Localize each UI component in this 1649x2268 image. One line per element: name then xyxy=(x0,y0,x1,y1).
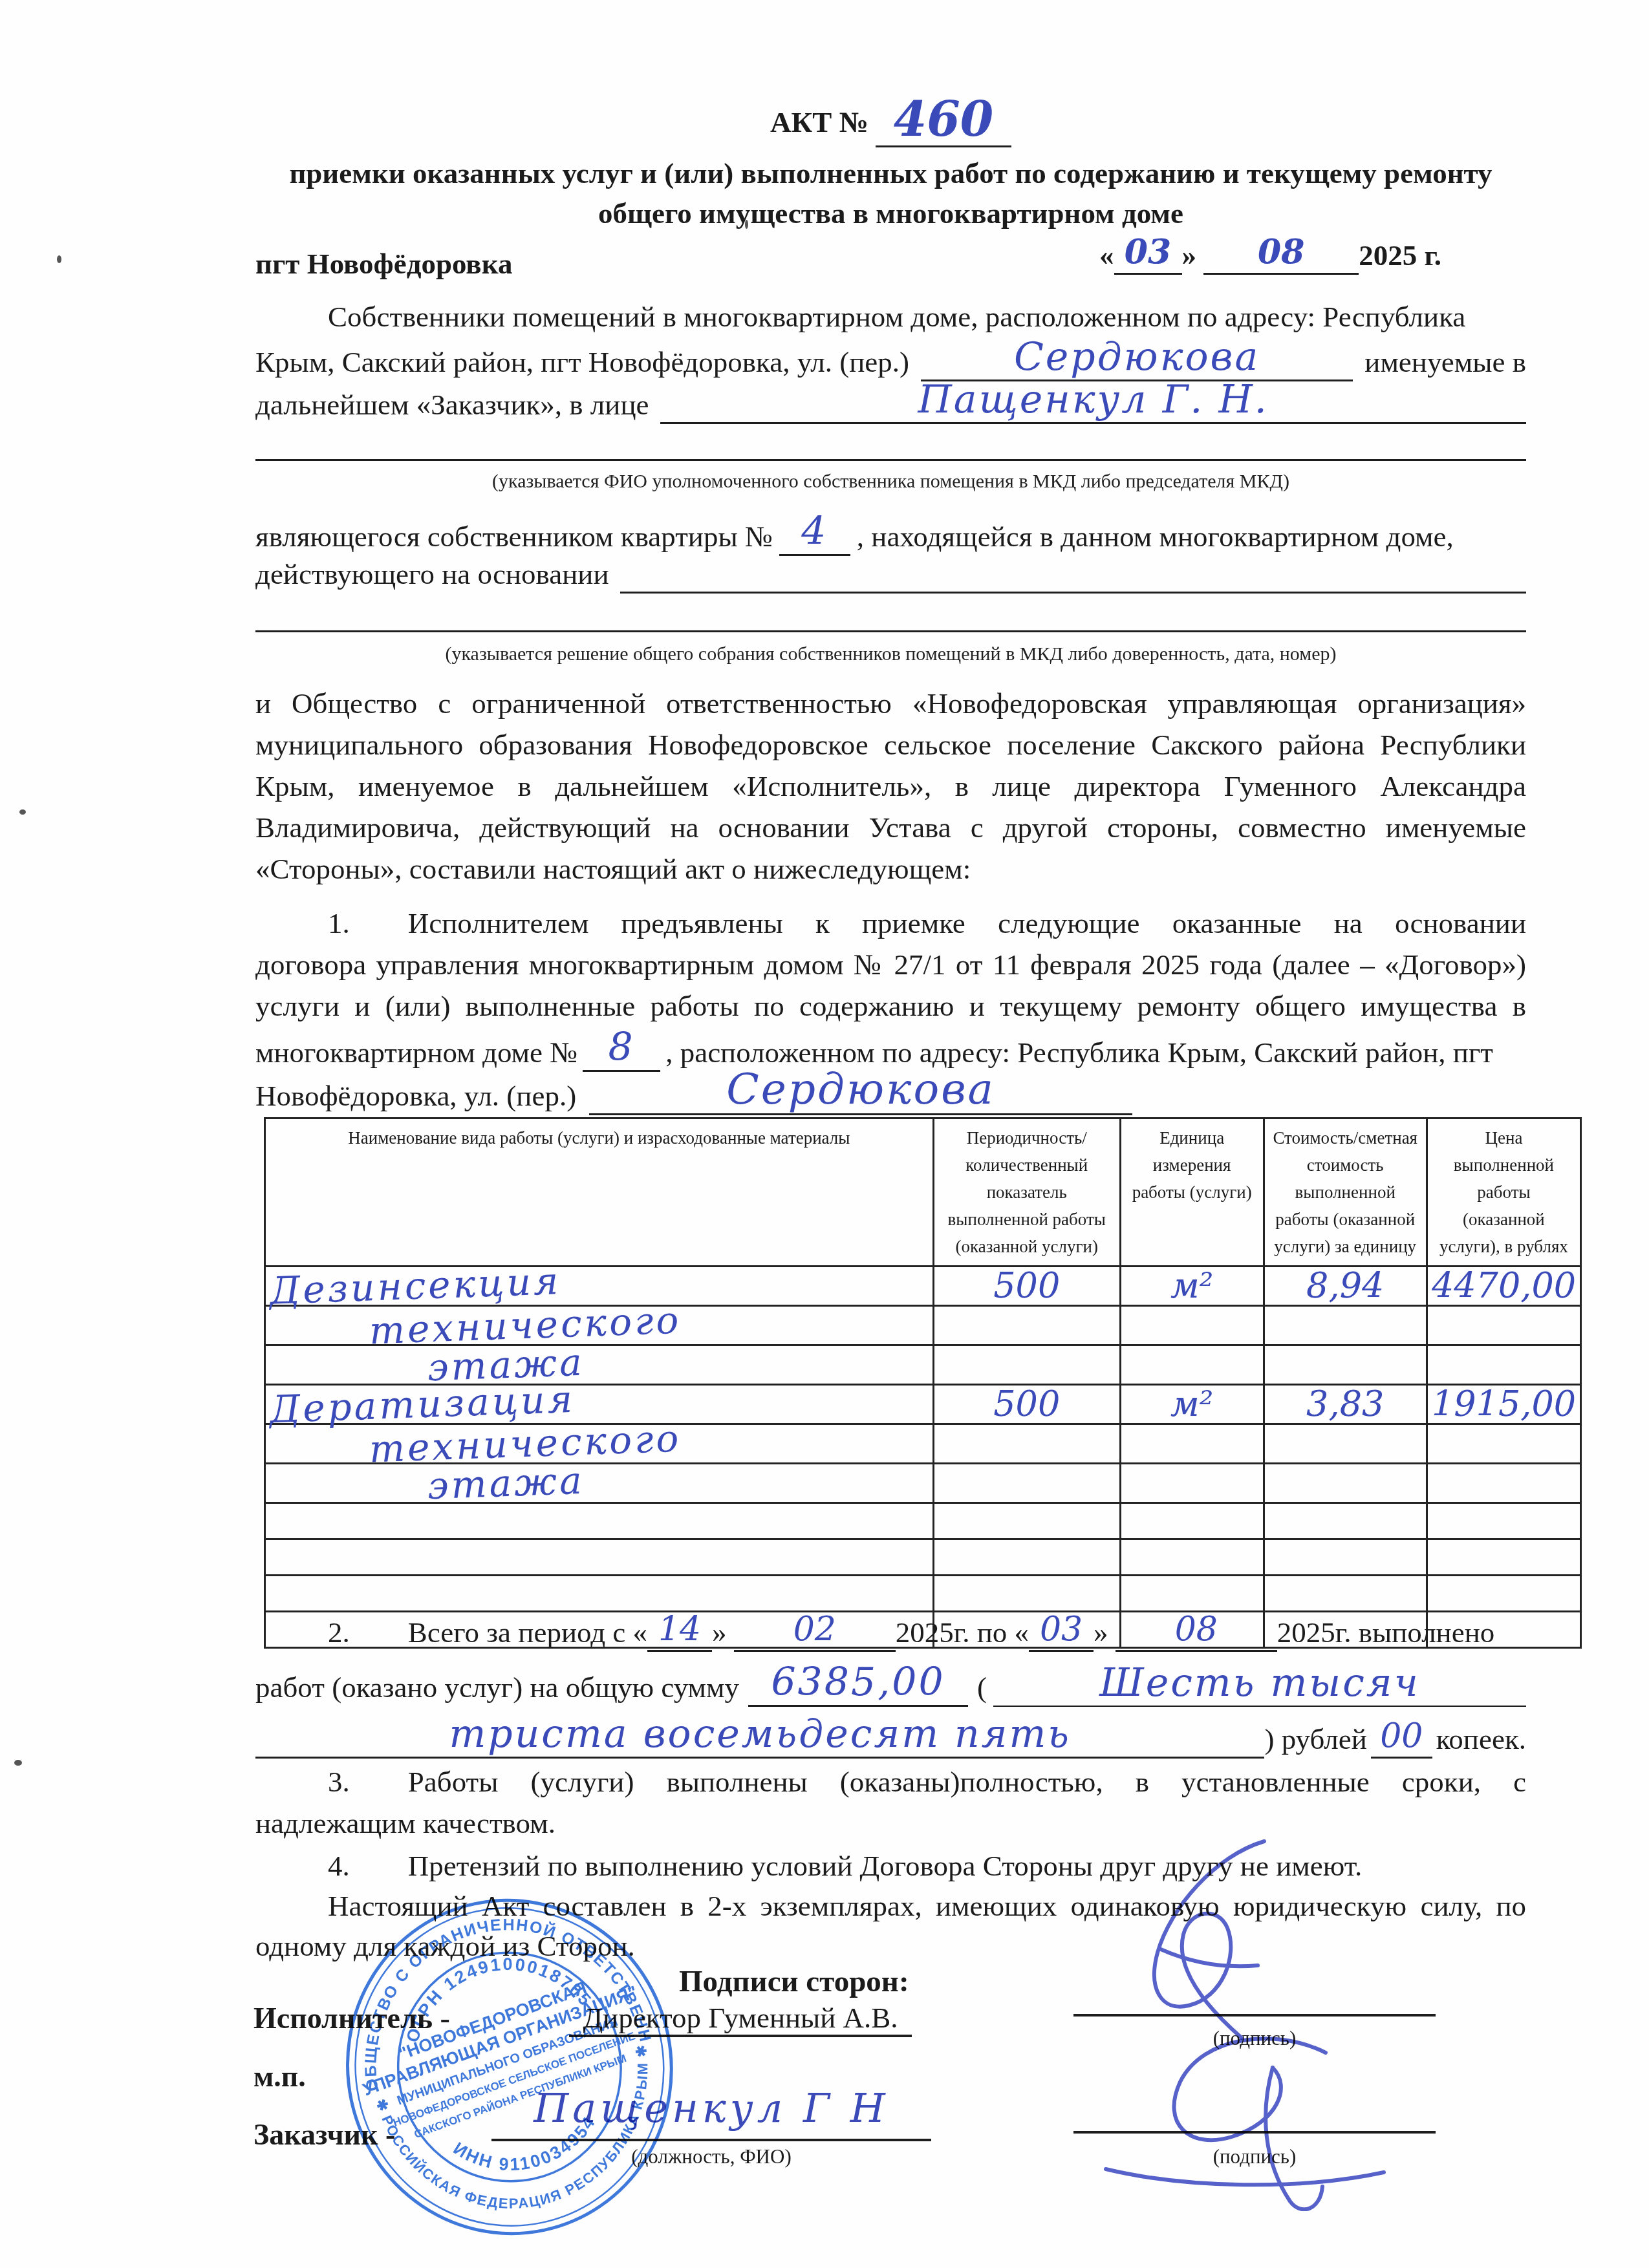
works-table: Наименование вида работы (услуги) и изра… xyxy=(264,1117,1582,1649)
item3-number: 3. xyxy=(328,1762,350,1801)
item1-line-2: договора управления многоквартирным домо… xyxy=(255,945,1526,984)
table-row xyxy=(265,1539,1581,1576)
col-header-unit: Единица измерения работы (услуги) xyxy=(1120,1118,1264,1267)
cell-qty xyxy=(933,1576,1120,1612)
quote-open: « xyxy=(1007,1613,1029,1652)
cell-price xyxy=(1264,1424,1427,1464)
scan-speck xyxy=(14,1760,22,1766)
cell-price xyxy=(1264,1576,1427,1612)
cell-name: этажа xyxy=(265,1464,934,1503)
cell-price xyxy=(1264,1464,1427,1503)
full-blank-line-2 xyxy=(255,604,1526,632)
cell-qty xyxy=(933,1306,1120,1345)
date-day-blank: 03 xyxy=(1114,234,1182,275)
item2-done-text: 2025г. выполнено xyxy=(1277,1613,1494,1652)
act-number-blank: 460 xyxy=(876,96,1011,147)
street-handwritten-1: Сердюкова xyxy=(1014,334,1260,380)
table-row: Дератизация 500 м² 3,83 1915,00 xyxy=(265,1385,1581,1424)
cell-unit xyxy=(1120,1424,1264,1464)
act-label: АКТ № xyxy=(770,106,868,138)
mp-label: м.п. xyxy=(253,2059,306,2093)
street-blank-1: Сердюкова xyxy=(921,337,1353,381)
cell-total xyxy=(1427,1576,1580,1612)
item2-sum-text: работ (оказано услуг) на общую сумму xyxy=(255,1668,739,1707)
cell-name xyxy=(265,1503,934,1539)
day-to-blank: 03 xyxy=(1029,1611,1094,1652)
cell-qty: 500 xyxy=(933,1385,1120,1424)
price-handwritten: 8,94 xyxy=(1306,1265,1384,1306)
col-header-name: Наименование вида работы (услуги) и изра… xyxy=(265,1118,934,1267)
intro-line-3-text: дальнейшем «Заказчик», в лице xyxy=(255,385,649,424)
cell-qty xyxy=(933,1424,1120,1464)
scan-speck xyxy=(745,220,748,229)
cell-qty: 500 xyxy=(933,1267,1120,1306)
act-number-handwritten: 460 xyxy=(894,92,993,147)
cell-qty xyxy=(933,1464,1120,1503)
day-to-handwritten: 03 xyxy=(1040,1610,1083,1649)
cell-price xyxy=(1264,1539,1427,1576)
scanned-act-document: АКТ № 460 приемки оказанных услуг и (или… xyxy=(0,0,1649,2268)
basis-blank xyxy=(620,592,1526,594)
cell-name: этажа xyxy=(265,1345,934,1385)
day-from-handwritten: 14 xyxy=(658,1610,701,1649)
executor-signature-stroke xyxy=(1028,1830,1455,2049)
scan-speck xyxy=(57,255,61,263)
table-row xyxy=(265,1576,1581,1612)
cell-unit: м² xyxy=(1120,1267,1264,1306)
cell-total xyxy=(1427,1503,1580,1539)
cell-total: 1915,00 xyxy=(1427,1385,1580,1424)
company-par-line-4: Владимировича, действующий на основании … xyxy=(255,808,1526,847)
item3-line-1-text: Работы (услуги) выполнены (оказаны)полно… xyxy=(408,1762,1526,1801)
sum-blank: 6385,00 xyxy=(748,1663,968,1707)
cell-unit xyxy=(1120,1539,1264,1576)
date-month-handwritten: 08 xyxy=(1258,232,1304,272)
cell-unit xyxy=(1120,1576,1264,1612)
item1-line-3: услуги и (или) выполненные работы по сод… xyxy=(255,987,1526,1025)
intro-line-2-text: Крым, Сакский район, пгт Новофёдоровка, … xyxy=(255,343,909,381)
table-row: этажа xyxy=(265,1345,1581,1385)
cell-total xyxy=(1427,1539,1580,1576)
subtitle-line-2: общего имущества в многоквартирном доме xyxy=(255,194,1526,233)
qty-handwritten: 500 xyxy=(993,1384,1060,1424)
date-line: «03» 08 2025 г. xyxy=(1099,234,1526,275)
table-row: технического xyxy=(265,1306,1581,1345)
month-from-blank: 02 xyxy=(734,1611,896,1652)
cell-unit xyxy=(1120,1503,1264,1539)
sum-words-handwritten-1: Шесть тысяч xyxy=(1099,1660,1420,1706)
date-month-blank: 08 xyxy=(1203,234,1359,275)
quote-close: » xyxy=(1094,1613,1115,1652)
price-handwritten: 3,83 xyxy=(1306,1384,1384,1424)
company-par-line-1: и Общество с ограниченной ответственност… xyxy=(255,684,1526,723)
cell-unit xyxy=(1120,1345,1264,1385)
item2-line-3: триста восемьдесят пять ) рублей 00 копе… xyxy=(255,1715,1526,1759)
table-row xyxy=(265,1503,1581,1539)
full-blank-line-1 xyxy=(255,434,1526,461)
works-table-header-row: Наименование вида работы (услуги) и изра… xyxy=(265,1118,1581,1267)
cell-total: 4470,00 xyxy=(1427,1267,1580,1306)
street-blank-2: Сердюкова xyxy=(589,1068,1132,1115)
company-stamp: ОБЩЕСТВО С ОГРАНИЧЕННОЙ ОТВЕТСТВЕННОСТЬЮ… xyxy=(309,1863,710,2268)
intro-line-6: являющегося собственником квартиры № 4 ,… xyxy=(255,512,1526,556)
kopecks-blank: 00 xyxy=(1371,1718,1432,1759)
company-par-line-3: Крым, именуемое в дальнейшем «Исполнител… xyxy=(255,767,1526,806)
item2-number: 2. xyxy=(328,1613,350,1652)
sum-words-handwritten-2: триста восемьдесят пять xyxy=(449,1711,1071,1757)
table-row: этажа xyxy=(265,1464,1581,1503)
intro-line-3: дальнейшем «Заказчик», в лице Пащенкул Г… xyxy=(255,380,1526,424)
cell-total xyxy=(1427,1424,1580,1464)
cell-unit: м² xyxy=(1120,1385,1264,1424)
intro-line-2: Крым, Сакский район, пгт Новофёдоровка, … xyxy=(255,337,1526,381)
caption-owner: (указывается ФИО уполномоченного собстве… xyxy=(255,471,1526,493)
col-header-price: Цена выполненной работы (оказанной услуг… xyxy=(1427,1118,1580,1267)
cell-qty xyxy=(933,1539,1120,1576)
table-row: технического xyxy=(265,1424,1581,1464)
cell-name: технического xyxy=(265,1306,934,1345)
item2-paren-open: ( xyxy=(977,1668,987,1707)
cell-price xyxy=(1264,1345,1427,1385)
date-day-handwritten: 03 xyxy=(1125,232,1171,272)
signatures-heading: Подписи сторон: xyxy=(679,1964,909,1999)
caption-decision: (указывается решение общего собрания соб… xyxy=(255,643,1526,665)
sum-handwritten: 6385,00 xyxy=(771,1660,945,1705)
cell-unit xyxy=(1120,1464,1264,1503)
house-blank: 8 xyxy=(583,1028,660,1072)
item1-line-1: 1. Исполнителем предъявлены к приемке сл… xyxy=(255,904,1526,943)
item2-line-1: 2. Всего за период с «14» 02 2025г. по «… xyxy=(255,1611,1526,1652)
item1-line-5: Новофёдоровка, ул. (пер.) Сердюкова xyxy=(255,1068,1526,1115)
cell-name: Дезинсекция xyxy=(265,1267,934,1306)
date-close-quote: » xyxy=(1182,236,1204,275)
col-header-unit-cost: Стоимость/сметная стоимость выполненной … xyxy=(1264,1118,1427,1267)
cell-price xyxy=(1264,1503,1427,1539)
qty-handwritten: 500 xyxy=(993,1265,1060,1306)
house-handwritten: 8 xyxy=(609,1025,635,1070)
item1-line-1-text: Исполнителем предъявлены к приемке следу… xyxy=(408,904,1526,943)
date-year: 2025 г. xyxy=(1359,236,1441,275)
scan-speck xyxy=(19,809,26,815)
cell-unit xyxy=(1120,1306,1264,1345)
unit-handwritten: м² xyxy=(1170,1384,1213,1424)
item2-rubles-text: ) рублей xyxy=(1264,1720,1366,1759)
cell-total xyxy=(1427,1306,1580,1345)
cell-name: Дератизация xyxy=(265,1385,934,1424)
subtitle-line-1: приемки оказанных услуг и (или) выполнен… xyxy=(191,154,1591,193)
company-par-line-5: «Стороны», составили настоящий акт о ниж… xyxy=(255,850,1526,888)
cell-name: технического xyxy=(265,1424,934,1464)
total-handwritten: 4470,00 xyxy=(1432,1265,1576,1306)
cell-qty xyxy=(933,1345,1120,1385)
work-name-handwritten: этажа xyxy=(427,1462,585,1504)
day-from-blank: 14 xyxy=(647,1611,712,1652)
total-handwritten: 1915,00 xyxy=(1432,1384,1576,1424)
sum-words-blank-1: Шесть тысяч xyxy=(993,1664,1526,1707)
cell-qty xyxy=(933,1503,1120,1539)
item4-number: 4. xyxy=(328,1846,350,1885)
cell-total xyxy=(1427,1464,1580,1503)
quote-open: « xyxy=(625,1613,647,1652)
item1-number: 1. xyxy=(328,904,350,943)
street-handwritten-2: Сердюкова xyxy=(726,1064,995,1114)
work-name-handwritten: Дезинсекция xyxy=(269,1262,561,1310)
customer-signature-stroke xyxy=(1022,2017,1436,2211)
month-from-handwritten: 02 xyxy=(793,1610,836,1649)
person-blank: Пащенкул Г. Н. xyxy=(660,380,1526,424)
item3-line-1: 3. Работы (услуги) выполнены (оказаны)по… xyxy=(255,1762,1526,1801)
date-open-quote: « xyxy=(1099,236,1114,275)
item2-line-2: работ (оказано услуг) на общую сумму 638… xyxy=(255,1663,1526,1707)
company-par-line-2: муниципального образования Новофедоровск… xyxy=(255,725,1526,764)
item2-kopecks-text: копеек. xyxy=(1436,1720,1526,1759)
person-handwritten: Пащенкул Г. Н. xyxy=(918,377,1269,422)
flat-blank: 4 xyxy=(779,512,850,556)
cell-price: 3,83 xyxy=(1264,1385,1427,1424)
sum-words-blank-2: триста восемьдесят пять xyxy=(255,1715,1264,1759)
cell-name xyxy=(265,1576,934,1612)
basis-text: действующего на основании xyxy=(255,555,609,594)
item2-period-text: Всего за период с xyxy=(408,1613,626,1652)
intro-line-1: Собственники помещений в многоквартирном… xyxy=(255,297,1526,336)
flat-pre-text: являющегося собственником квартиры № xyxy=(255,517,773,556)
act-title-line: АКТ № 460 xyxy=(255,96,1526,147)
intro-line-7: действующего на основании xyxy=(255,555,1526,594)
month-to-handwritten: 08 xyxy=(1175,1610,1218,1649)
flat-handwritten: 4 xyxy=(801,509,828,554)
month-to-blank: 08 xyxy=(1115,1611,1277,1652)
cell-price: 8,94 xyxy=(1264,1267,1427,1306)
intro-line-2-post: именуемые в xyxy=(1364,343,1526,381)
cell-price xyxy=(1264,1306,1427,1345)
table-row: Дезинсекция 500 м² 8,94 4470,00 xyxy=(265,1267,1581,1306)
street2-pre-text: Новофёдоровка, ул. (пер.) xyxy=(255,1076,576,1115)
cell-total xyxy=(1427,1345,1580,1385)
quote-close: » xyxy=(712,1613,734,1652)
unit-handwritten: м² xyxy=(1170,1265,1213,1306)
item2-to-text: 2025г. по xyxy=(896,1613,1007,1652)
kopecks-handwritten: 00 xyxy=(1380,1717,1423,1755)
col-header-periodicity: Периодичность/ количественный показатель… xyxy=(933,1118,1120,1267)
house-pre-text: многоквартирном доме № xyxy=(255,1033,577,1072)
flat-post-text: , находящейся в данном многоквартирном д… xyxy=(857,517,1454,556)
cell-name xyxy=(265,1539,934,1576)
